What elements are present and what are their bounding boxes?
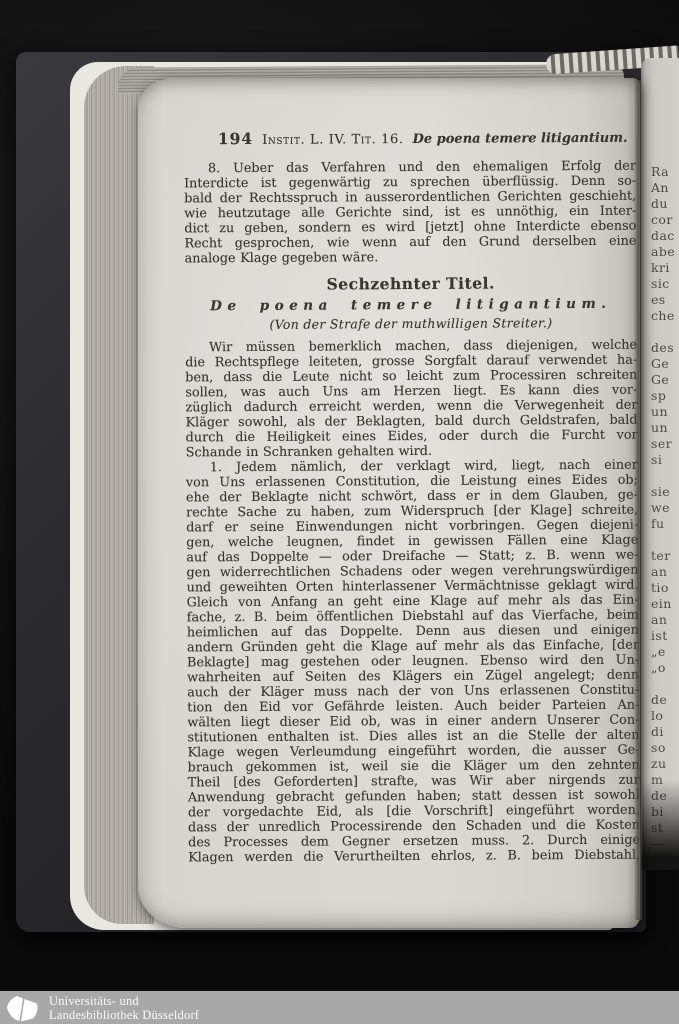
text-line: „o (651, 660, 679, 676)
text-line: Klagen werden die Verurtheilten ehrlos, … (188, 848, 640, 866)
text-line: Ge (651, 356, 679, 372)
book-page: 194 Instit. L. IV. Tit. 16. De poena tem… (138, 78, 640, 928)
text-line: si (651, 452, 679, 468)
text-line: durch die Heiligkeit eines Eides, oder d… (186, 428, 638, 446)
library-name-line2: Landesbibliothek Düsseldorf (49, 1008, 199, 1022)
facing-page-fragments: RaAnducordacabekrisiceschedesGeGespununs… (641, 58, 679, 852)
text-line (651, 324, 679, 340)
library-name-line1: Universitäts- und (49, 994, 199, 1008)
paragraph-intro: Wir müssen bemerklich machen, dass dieje… (185, 338, 638, 461)
text-line: ter (651, 548, 679, 564)
gutter-shadow (634, 80, 642, 920)
text-line: — (651, 836, 679, 852)
text-line: sp (651, 388, 679, 404)
text-line: An (651, 180, 679, 196)
text-line: ein (651, 596, 679, 612)
paragraph-1: 1. Jedem nämlich, der verklagt wird, lie… (186, 458, 640, 866)
library-footer-bar: Universitäts- und Landesbibliothek Düsse… (0, 991, 679, 1024)
text-line: an (651, 612, 679, 628)
text-line: fu (651, 516, 679, 532)
text-line: abe (651, 244, 679, 260)
text-line: so (651, 740, 679, 756)
german-subtitle: (Von der Strafe der muthwilligen Streite… (185, 314, 637, 334)
text-line: cor (651, 212, 679, 228)
text-line: ist (651, 628, 679, 644)
section-heading: Sechzehnter Titel. (185, 273, 637, 296)
text-line: un (651, 420, 679, 436)
text-line: bi (651, 804, 679, 820)
text-line: un (651, 404, 679, 420)
text-line: analoge Klage gegeben wäre. (185, 249, 637, 267)
text-line (651, 676, 679, 692)
text-line: m (651, 772, 679, 788)
text-line: ser (651, 436, 679, 452)
text-line: lo (651, 708, 679, 724)
page-text-block: 194 Instit. L. IV. Tit. 16. De poena tem… (184, 127, 640, 866)
text-line: dac (651, 228, 679, 244)
text-line: sie (651, 484, 679, 500)
library-name: Universitäts- und Landesbibliothek Düsse… (49, 994, 199, 1022)
text-line: we (651, 500, 679, 516)
text-line: Ra (651, 164, 679, 180)
text-line: kri (651, 260, 679, 276)
facing-page-sliver: RaAnducordacabekrisiceschedesGeGespununs… (641, 58, 679, 870)
running-title: De poena temere litigantium. (413, 131, 628, 147)
text-line: zu (651, 756, 679, 772)
text-line: de (651, 788, 679, 804)
paragraph-8: 8. Ueber das Verfahren und den ehemalige… (184, 159, 637, 267)
text-line: st (651, 820, 679, 836)
text-line: „e (651, 644, 679, 660)
text-line: es (651, 292, 679, 308)
text-line: du (651, 196, 679, 212)
text-line: de (651, 692, 679, 708)
text-line: sic (651, 276, 679, 292)
text-line (651, 468, 679, 484)
text-line: Recht gesprochen, wie wenn auf den Grund… (184, 234, 636, 252)
scanned-book-photo: RaAnducordacabekrisiceschedesGeGespununs… (0, 0, 679, 1024)
text-line (651, 532, 679, 548)
latin-section-title: De poena temere litigantium. (185, 295, 637, 316)
text-line: an (651, 564, 679, 580)
text-line: des (651, 340, 679, 356)
page-header: 194 Instit. L. IV. Tit. 16. De poena tem… (184, 127, 636, 148)
open-book-icon (4, 993, 42, 1023)
text-line: Ge (651, 372, 679, 388)
text-line: che (651, 308, 679, 324)
page-number: 194 (218, 129, 253, 148)
text-line: di (651, 724, 679, 740)
text-line: tio (651, 580, 679, 596)
chapter-reference: Instit. L. IV. Tit. 16. (262, 132, 403, 148)
